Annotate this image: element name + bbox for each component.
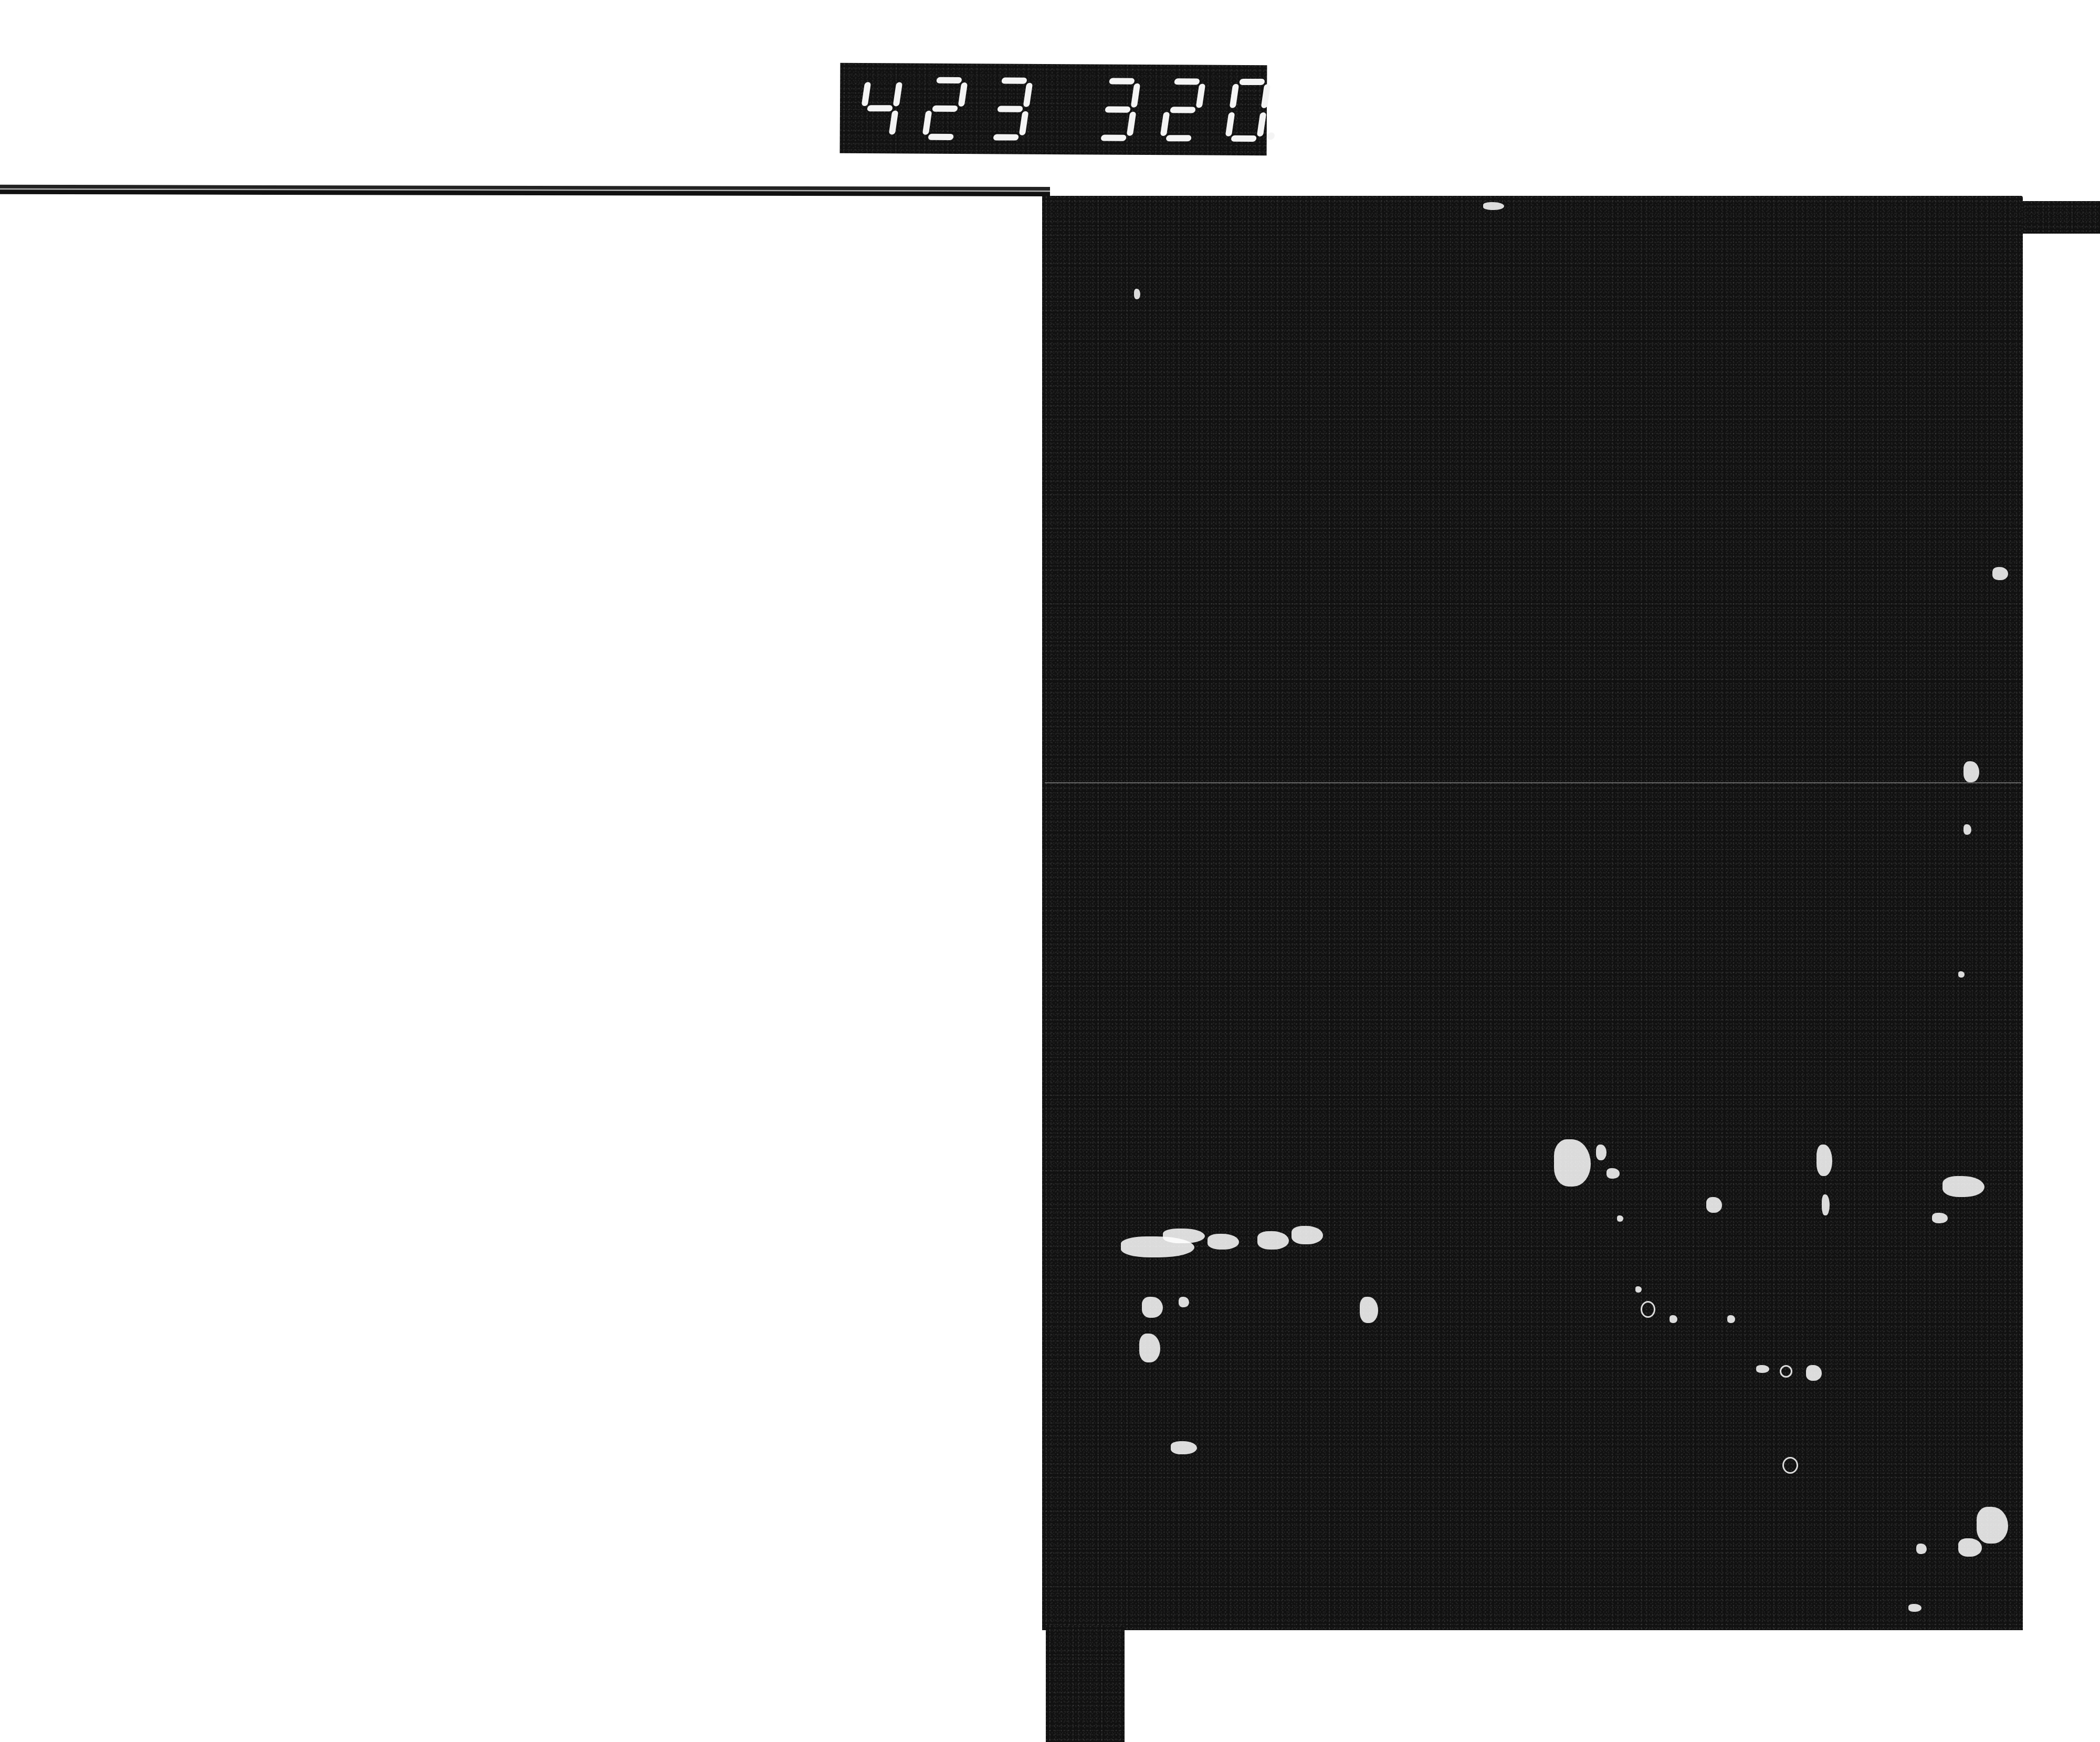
plate-stem bbox=[1046, 1625, 1125, 1742]
right-frame-number bbox=[1099, 78, 1267, 142]
segment-digit bbox=[1094, 78, 1141, 141]
horizontal-rule bbox=[0, 185, 1050, 196]
plate-edge-strip bbox=[2016, 201, 2100, 234]
segment-digit bbox=[986, 77, 1033, 140]
segment-digit bbox=[1224, 79, 1271, 142]
left-frame-number bbox=[861, 77, 1030, 141]
decimal-point bbox=[1267, 132, 1275, 140]
plate-scratch-line bbox=[1045, 782, 2021, 783]
segment-digit bbox=[856, 77, 903, 140]
segment-digit bbox=[1159, 78, 1206, 141]
segment-digit bbox=[921, 77, 968, 140]
photographic-plate bbox=[1042, 196, 2023, 1630]
frame-number-label: 423 320 . bbox=[840, 63, 1267, 155]
